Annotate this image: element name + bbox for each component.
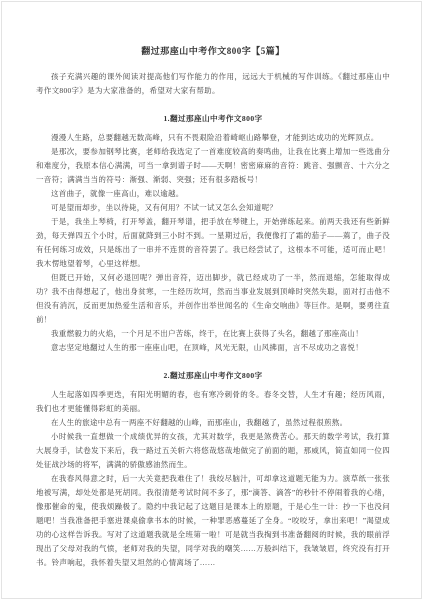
section-1-heading: 1.翻过那座山中考作文800字 bbox=[36, 113, 390, 124]
section-1-paragraph: 于是，我坐上琴椅，打开琴盖，翻开琴谱，把手放在琴键上，开始弹练起来。前两天我还有… bbox=[36, 215, 390, 271]
section-1-paragraph: 漫漫人生路，总要翻越无数高峰，只有不畏艰险沿着崎岖山路攀登，才能到达成功的光辉顶… bbox=[36, 131, 390, 145]
document-page: 翻过那座山中考作文800字【5篇】 孩子充满兴趣的课外阅读对提高他们写作能力的作… bbox=[0, 0, 423, 600]
section-2: 2.翻过那座山中考作文800字 人生起落如四季更迭，有阳光明媚的春，也有寒冷刺骨… bbox=[36, 370, 390, 570]
section-1: 1.翻过那座山中考作文800字 漫漫人生路，总要翻越无数高峰，只有不畏艰险沿着崎… bbox=[36, 113, 390, 355]
section-1-paragraph: 意志坚定地翻过人生的那一座座山吧，在顶峰，风光无限，山风拂面，言不尽成功之喜悦！ bbox=[36, 341, 390, 355]
page-content: 翻过那座山中考作文800字【5篇】 孩子充满兴趣的课外阅读对提高他们写作能力的作… bbox=[0, 0, 423, 570]
section-1-paragraph: 可是望而却步，坐以待毙，又有何用？不试一试又怎么会知道呢？ bbox=[36, 201, 390, 215]
section-2-paragraph: 在人生的旅途中总有一两座不好翻越的山峰，而那座山，我翻越了，虽然过程很煎熬。 bbox=[36, 416, 390, 430]
intro-block: 孩子充满兴趣的课外阅读对提高他们写作能力的作用，远远大于机械的写作训练。《翻过那… bbox=[36, 70, 390, 98]
intro-paragraph: 孩子充满兴趣的课外阅读对提高他们写作能力的作用，远远大于机械的写作训练。《翻过那… bbox=[36, 70, 390, 98]
section-1-paragraph: 但既已开始，又何必退回呢？弹出音符，迈出脚步，就已经成功了一半，然而退缩，怎能取… bbox=[36, 271, 390, 327]
section-2-heading: 2.翻过那座山中考作文800字 bbox=[36, 370, 390, 381]
document-title: 翻过那座山中考作文800字【5篇】 bbox=[36, 44, 390, 57]
section-2-paragraph: 在我春风得意之时，后一大关竟把我难住了！我绞尽脑汁，可却拿这道题无能为力。演草纸… bbox=[36, 472, 390, 570]
section-2-paragraph: 小时候我一直想做一个成绩优异的女孩，尤其对数学，我更是煞费苦心。那天的数学考试，… bbox=[36, 430, 390, 472]
section-2-paragraph: 人生起落如四季更迭，有阳光明媚的春，也有寒冷刺骨的冬。春冬交替，人生才有趣；经历… bbox=[36, 388, 390, 416]
section-1-paragraph: 我重燃毅力的火焰，一个月足不出户苦练，终于，在比赛上获得了头名，翻越了那座高山！ bbox=[36, 327, 390, 341]
section-1-paragraph: 是那次，要参加钢琴比赛，老师给我选定了一首难度较高的奏鸣曲，让我在比赛上增加一些… bbox=[36, 145, 390, 187]
section-1-paragraph: 这首曲子，就像一座高山，难以逾越。 bbox=[36, 187, 390, 201]
